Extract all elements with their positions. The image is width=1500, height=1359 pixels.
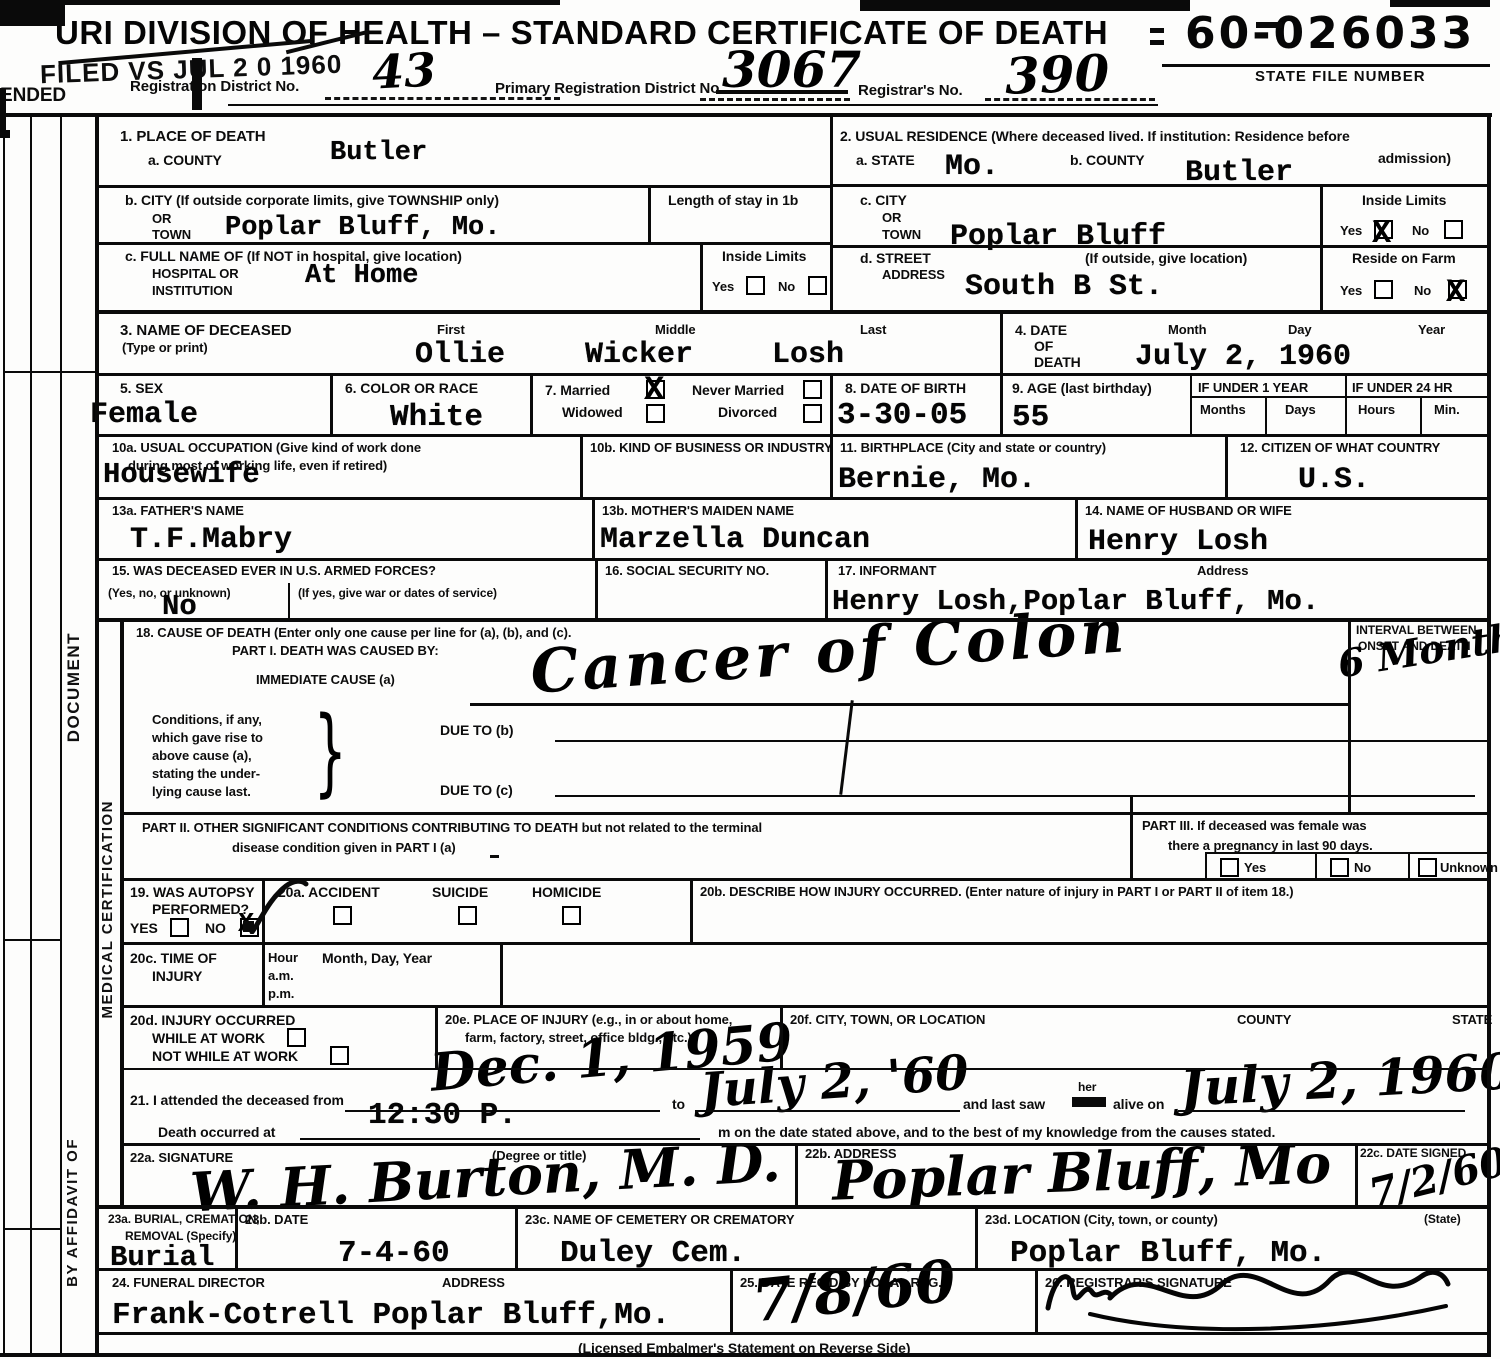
grid-line (3, 1228, 62, 1230)
s7-never-married-checkbox (803, 380, 822, 399)
grid-line (1315, 852, 1317, 878)
s20a-homicide-checkbox (562, 906, 581, 925)
s2-farm-yes-checkbox (1374, 280, 1393, 299)
s5-label: 5. SEX (120, 380, 163, 397)
grid-line (1355, 1143, 1358, 1205)
s13b-mother-value: Marzella Duncan (600, 525, 870, 555)
scan-artifact (860, 0, 1190, 11)
s3-label: 3. NAME OF DECEASED (120, 322, 291, 340)
grid-line (120, 618, 124, 1205)
s3-first-value: Ollie (415, 340, 505, 370)
s13a-father-value: T.F.Mabry (130, 525, 292, 555)
grid-line (95, 310, 1490, 314)
s18-cond2: which gave rise to (152, 730, 263, 745)
s23c-label: 23c. NAME OF CEMETERY OR CREMATORY (525, 1212, 794, 1227)
s20a-homicide-label: HOMICIDE (532, 884, 601, 901)
s10a-label1: 10a. USUAL OCCUPATION (Give kind of work… (112, 440, 421, 455)
grid-line (60, 117, 62, 1353)
s1-hospital-label2: HOSPITAL OR (152, 266, 239, 281)
state-file-label: STATE FILE NUMBER (1255, 68, 1426, 86)
s20c-pm-label: p.m. (268, 986, 294, 1001)
fill-line (700, 98, 850, 101)
grid-line (780, 1005, 783, 1068)
death-certificate-scan: URI DIVISION OF HEALTH – STANDARD CERTIF… (0, 0, 1500, 1359)
s9-age-value: 55 (1012, 402, 1049, 433)
grid-line (1190, 396, 1490, 398)
s21-death-occurred-label: Death occurred at (158, 1124, 275, 1141)
s2-county-label: b. COUNTY (1070, 152, 1145, 169)
scan-artifact (1150, 40, 1164, 45)
pen-tick-mark (490, 855, 499, 858)
s8-birth-date-value: 3-30-05 (837, 400, 967, 431)
conditions-bracket: } (314, 705, 347, 800)
s2-or-label: OR (882, 210, 901, 225)
s25-date-received-value: 7/8/60 (750, 1252, 959, 1331)
s4-day-label: Day (1288, 322, 1312, 337)
grid-line (228, 104, 1158, 106)
grid-line (95, 618, 1490, 622)
s20c-label1: 20c. TIME OF (130, 950, 217, 967)
registration-district-value: 43 (371, 46, 437, 95)
s2-state-label: a. STATE (856, 152, 915, 169)
s9-under24-label: IF UNDER 24 HR (1352, 380, 1452, 395)
s7-married-label: 7. Married (545, 382, 610, 399)
s21-to-label: to (672, 1096, 685, 1113)
grid-line (120, 1143, 1490, 1146)
fill-line (985, 98, 1155, 101)
s2-farm-no-checkbox: X (1448, 280, 1467, 299)
grid-line (1225, 434, 1228, 497)
s21-time-value: 12:30 P. (368, 1100, 517, 1131)
s2-state-value: Mo. (945, 152, 999, 182)
s18-part2-label1: PART II. OTHER SIGNIFICANT CONDITIONS CO… (142, 820, 762, 835)
s1-hospital-label3: INSTITUTION (152, 283, 233, 298)
s1-no-label: No (778, 279, 795, 294)
s1-city-label: b. CITY (If outside corporate limits, gi… (125, 192, 499, 209)
s1-county-label: a. COUNTY (148, 152, 222, 169)
s23b-date-value: 7-4-60 (338, 1238, 450, 1269)
s2-farm-no-label: No (1414, 283, 1431, 298)
grid-line (830, 184, 1488, 187)
s7-divorced-label: Divorced (718, 404, 777, 421)
s9-months-label: Months (1200, 402, 1246, 417)
s4-label2: OF (1034, 338, 1053, 355)
s4-date-of-death-value: July 2, 1960 (1135, 342, 1351, 372)
grid-line (690, 878, 693, 942)
s3-first-label: First (437, 322, 465, 337)
s10b-label: 10b. KIND OF BUSINESS OR INDUSTRY (590, 440, 833, 455)
grid-line (1487, 113, 1491, 1355)
grid-line (1190, 373, 1192, 434)
s20d-not-at-work-checkbox (330, 1046, 349, 1065)
grid-line (120, 812, 1490, 815)
scan-artifact (1390, 0, 1490, 7)
grid-line (830, 117, 833, 310)
grid-line (95, 497, 1490, 500)
grid-line (595, 558, 598, 618)
grid-line (830, 245, 1488, 248)
grid-line (0, 113, 1492, 117)
word-strikeout-mark (1072, 1097, 1106, 1107)
s20c-hour-label: Hour (268, 950, 298, 965)
s18-immediate-cause-label: IMMEDIATE CAUSE (a) (256, 672, 395, 687)
s21-last-saw-label: and last saw (963, 1096, 1045, 1113)
grid-line (120, 1068, 1490, 1070)
registrar-no-value: 390 (1004, 48, 1110, 102)
s1-stay-label: Length of stay in 1b (668, 192, 798, 209)
s12-label: 12. CITIZEN OF WHAT COUNTRY (1240, 440, 1440, 455)
s15-label: 15. WAS DECEASED EVER IN U.S. ARMED FORC… (112, 563, 436, 578)
registration-district-label: Registration District No. (130, 78, 299, 96)
s9-min-label: Min. (1434, 402, 1460, 417)
grid-line (1000, 313, 1003, 434)
grid-line (235, 1205, 238, 1268)
s24-address-label: ADDRESS (442, 1275, 505, 1290)
s5-sex-value: Female (90, 400, 198, 430)
s20f-label: 20f. CITY, TOWN, OR LOCATION (790, 1012, 985, 1027)
grid-line (330, 373, 333, 434)
s20d-label3: NOT WHILE AT WORK (152, 1048, 298, 1065)
s24-funeral-director-value: Frank-Cotrell Poplar Bluff,Mo. (112, 1300, 670, 1331)
s9-days-label: Days (1285, 402, 1316, 417)
s11-birthplace-value: Bernie, Mo. (838, 465, 1036, 495)
grid-line (120, 878, 1490, 881)
scan-artifact (0, 88, 6, 133)
s2-address-label: ADDRESS (882, 267, 945, 282)
s3-last-label: Last (860, 322, 886, 337)
s20d-at-work-checkbox (287, 1028, 306, 1047)
s18-pregnancy-yes-label: Yes (1244, 860, 1266, 875)
grid-line (97, 242, 830, 245)
s20b-label: 20b. DESCRIBE HOW INJURY OCCURRED. (Ente… (700, 884, 1293, 899)
s23b-label: 23b. DATE (245, 1212, 308, 1227)
s13a-label: 13a. FATHER'S NAME (112, 503, 244, 518)
form-title: URI DIVISION OF HEALTH – STANDARD CERTIF… (55, 16, 1108, 49)
grid-line (95, 1332, 1490, 1335)
grid-line (95, 373, 1490, 376)
margin-label-document: DOCUMENT (64, 632, 84, 742)
s20c-mdy-label: Month, Day, Year (322, 950, 432, 967)
s7-never-married-label: Never Married (692, 382, 784, 399)
grid-line (1345, 373, 1347, 434)
primary-registration-district-value: 3067 (722, 45, 861, 95)
s13b-label: 13b. MOTHER'S MAIDEN NAME (602, 503, 794, 518)
s7-married-checkbox: X (646, 380, 665, 399)
grid-line (700, 242, 703, 310)
s2-city-label: c. CITY (860, 192, 907, 209)
s20a-accident-checkbox (333, 906, 352, 925)
s1-city-value: Poplar Bluff, Mo. (225, 215, 500, 242)
s4-label3: DEATH (1034, 354, 1081, 371)
s20a-suicide-label: SUICIDE (432, 884, 488, 901)
s9-under1-label: IF UNDER 1 YEAR (1198, 380, 1308, 395)
s16-label: 16. SOCIAL SECURITY NO. (605, 563, 769, 578)
s14-spouse-value: Henry Losh (1088, 527, 1268, 557)
s7-widowed-checkbox (646, 404, 665, 423)
scan-artifact (1150, 28, 1164, 33)
s1-inside-limits-no-checkbox (808, 276, 827, 295)
s18-label: 18. CAUSE OF DEATH (Enter only one cause… (136, 625, 571, 640)
s18-pregnancy-yes-checkbox (1220, 858, 1239, 877)
s15-armed-forces-value: No (162, 592, 197, 621)
s6-label: 6. COLOR OR RACE (345, 380, 478, 397)
grid-line (500, 942, 503, 1005)
registrar-signature (1030, 1250, 1460, 1340)
s2-farm-label: Reside on Farm (1352, 250, 1456, 267)
s20a-accident-label: 20a. ACCIDENT (278, 884, 380, 901)
s1-county-value: Butler (330, 140, 427, 167)
grid-line (530, 373, 533, 434)
s2-inside-limits-label: Inside Limits (1362, 192, 1446, 209)
s20d-label1: 20d. INJURY OCCURRED (130, 1012, 295, 1029)
grid-line (3, 939, 62, 941)
s2-street-label: d. STREET (860, 250, 931, 267)
s20a-suicide-checkbox (458, 906, 477, 925)
s23c-cemetery-value: Duley Cem. (560, 1238, 746, 1269)
margin-label-medical-certification: MEDICAL CERTIFICATION (99, 800, 116, 1018)
pen-descender-mark (839, 700, 854, 795)
state-file-number: 60-026033 (1185, 12, 1475, 56)
grid-line (1205, 852, 1488, 854)
grid-line (795, 1143, 798, 1205)
grid-line (825, 558, 828, 618)
grid-line (555, 795, 1475, 797)
grid-line (1265, 396, 1267, 434)
scan-artifact (1256, 22, 1282, 28)
s1-yes-label: Yes (712, 279, 734, 294)
grid-line (288, 583, 290, 618)
grid-line (1075, 497, 1078, 558)
grid-line (1130, 795, 1133, 878)
margin-label-by-affidavit-of: BY AFFIDAVIT OF (64, 1138, 81, 1287)
s3-middle-value: Wicker (585, 340, 693, 370)
grid-line (95, 1268, 1490, 1271)
s19-no-label: NO (205, 920, 226, 937)
grid-line (120, 942, 1490, 945)
overstrike-mark (716, 90, 848, 94)
s22b-address-value: Poplar Bluff, Mo (831, 1136, 1332, 1207)
grid-line (1420, 396, 1422, 434)
grid-line (95, 113, 99, 1355)
grid-line (262, 878, 265, 1005)
s18-part1-label: PART I. DEATH WAS CAUSED BY: (232, 643, 439, 658)
s19-yes-label: YES (130, 920, 158, 937)
s1-hospital-value: At Home (305, 263, 418, 290)
s14-label: 14. NAME OF HUSBAND OR WIFE (1085, 503, 1292, 518)
s12-citizen-value: U.S. (1298, 465, 1370, 495)
grid-line (830, 373, 833, 497)
grid-line (3, 117, 5, 1353)
s21-her-label: her (1078, 1080, 1096, 1094)
s2-inside-limits-yes-checkbox: X (1374, 220, 1393, 239)
s1-inside-limits-yes-checkbox (746, 276, 765, 295)
s2-farm-yes-label: Yes (1340, 283, 1362, 298)
s2-title: 2. USUAL RESIDENCE (Where deceased lived… (840, 128, 1350, 145)
grid-line (975, 1205, 978, 1268)
s6-race-value: White (390, 402, 483, 433)
s18-cond5: lying cause last. (152, 784, 251, 799)
s2-street-value: South B St. (965, 272, 1163, 302)
s18-pregnancy-no-label: No (1354, 860, 1371, 875)
s21-last-alive-value: July 2, 1960 (1179, 1046, 1500, 1113)
s18-pregnancy-unknown-checkbox (1418, 858, 1437, 877)
s20c-label2: INJURY (152, 968, 202, 985)
grid-line (95, 1205, 1490, 1209)
grid-line (120, 1005, 1490, 1008)
fill-line (1178, 1110, 1465, 1112)
s23d-state-label: (State) (1424, 1212, 1461, 1226)
s3-label2: (Type or print) (122, 340, 208, 355)
grid-line (470, 703, 1348, 706)
s20f-county-label: COUNTY (1237, 1012, 1291, 1027)
s18-part3-label1: PART III. If deceased was female was (1142, 818, 1366, 833)
s2-title2: admission) (1378, 150, 1451, 167)
s19-autopsy-yes-checkbox (170, 918, 189, 937)
s24-label: 24. FUNERAL DIRECTOR (112, 1275, 265, 1290)
s2-il-no-label: No (1412, 223, 1429, 238)
grid-line (30, 117, 32, 1353)
s7-widowed-label: Widowed (562, 404, 623, 421)
grid-line (580, 434, 583, 497)
s2-inside-limits-no-checkbox (1444, 220, 1463, 239)
s21-pre-label: 21. I attended the deceased from (130, 1092, 344, 1109)
s1-title: 1. PLACE OF DEATH (120, 128, 266, 146)
s10a-occupation-value: Housewife (103, 460, 260, 489)
primary-registration-district-label: Primary Registration District No. (495, 80, 723, 98)
s1-town-label: TOWN (152, 227, 191, 242)
grid-line (1320, 184, 1323, 310)
s20c-am-label: a.m. (268, 968, 294, 983)
s19-label1: 19. WAS AUTOPSY (130, 884, 255, 901)
fill-line (695, 1110, 960, 1112)
s2-town-label: TOWN (882, 227, 921, 242)
grid-line (730, 1268, 733, 1332)
grid-line (1205, 852, 1207, 878)
s18-due-c-label: DUE TO (c) (440, 782, 513, 799)
grid-line (515, 1205, 518, 1268)
s11-label: 11. BIRTHPLACE (City and state or countr… (840, 440, 1106, 455)
s20d-label2: WHILE AT WORK (152, 1030, 265, 1047)
grid-line (1348, 618, 1351, 812)
s4-label1: 4. DATE (1015, 322, 1067, 339)
scan-artifact (0, 0, 65, 26)
s17-label: 17. INFORMANT (838, 563, 936, 578)
registrar-no-label: Registrar's No. (858, 82, 963, 100)
s9-label: 9. AGE (last birthday) (1012, 380, 1152, 397)
s18-due-b-label: DUE TO (b) (440, 722, 513, 739)
grid-line (435, 1005, 438, 1068)
s23d-label: 23d. LOCATION (City, town, or county) (985, 1212, 1218, 1227)
s3-middle-label: Middle (655, 322, 696, 337)
s1-inside-limits-label: Inside Limits (722, 248, 806, 265)
grid-line (3, 371, 95, 373)
scan-artifact (0, 130, 10, 138)
s19-label2: PERFORMED? (152, 901, 249, 918)
s1-or-label: OR (152, 211, 171, 226)
s9-hours-label: Hours (1358, 402, 1395, 417)
s18-cond1: Conditions, if any, (152, 712, 262, 727)
state-file-underline (1162, 64, 1490, 67)
grid-line (0, 1353, 1491, 1357)
s8-label: 8. DATE OF BIRTH (845, 380, 966, 397)
s4-month-label: Month (1168, 322, 1206, 337)
grid-line (1035, 1268, 1038, 1332)
s21-alive-on-label: alive on (1113, 1096, 1164, 1113)
s18-cond4: stating the under- (152, 766, 260, 781)
grid-line (95, 434, 1490, 437)
scan-artifact (60, 0, 560, 5)
s15-sub2: (If yes, give war or dates of service) (298, 586, 497, 600)
s17-address-label: Address (1197, 563, 1248, 578)
s18-part2-label2: disease condition given in PART I (a) (232, 840, 456, 855)
s2-outside-label: (If outside, give location) (1085, 250, 1247, 267)
amended-partial-text: ENDED (0, 85, 66, 107)
s3-last-value: Losh (772, 340, 844, 370)
s7-divorced-checkbox (803, 404, 822, 423)
grid-line (648, 185, 651, 242)
s4-year-label: Year (1418, 322, 1445, 337)
s18-cause-a-value: Cancer of Colon (529, 601, 1130, 703)
scan-artifact (192, 58, 202, 110)
s18-cond3: above cause (a), (152, 748, 252, 763)
s2-il-yes-label: Yes (1340, 223, 1362, 238)
grid-line (97, 185, 830, 188)
grid-line (592, 497, 595, 558)
s18-pregnancy-no-checkbox (1330, 858, 1349, 877)
grid-line (95, 558, 1490, 561)
grid-line (1408, 852, 1410, 878)
